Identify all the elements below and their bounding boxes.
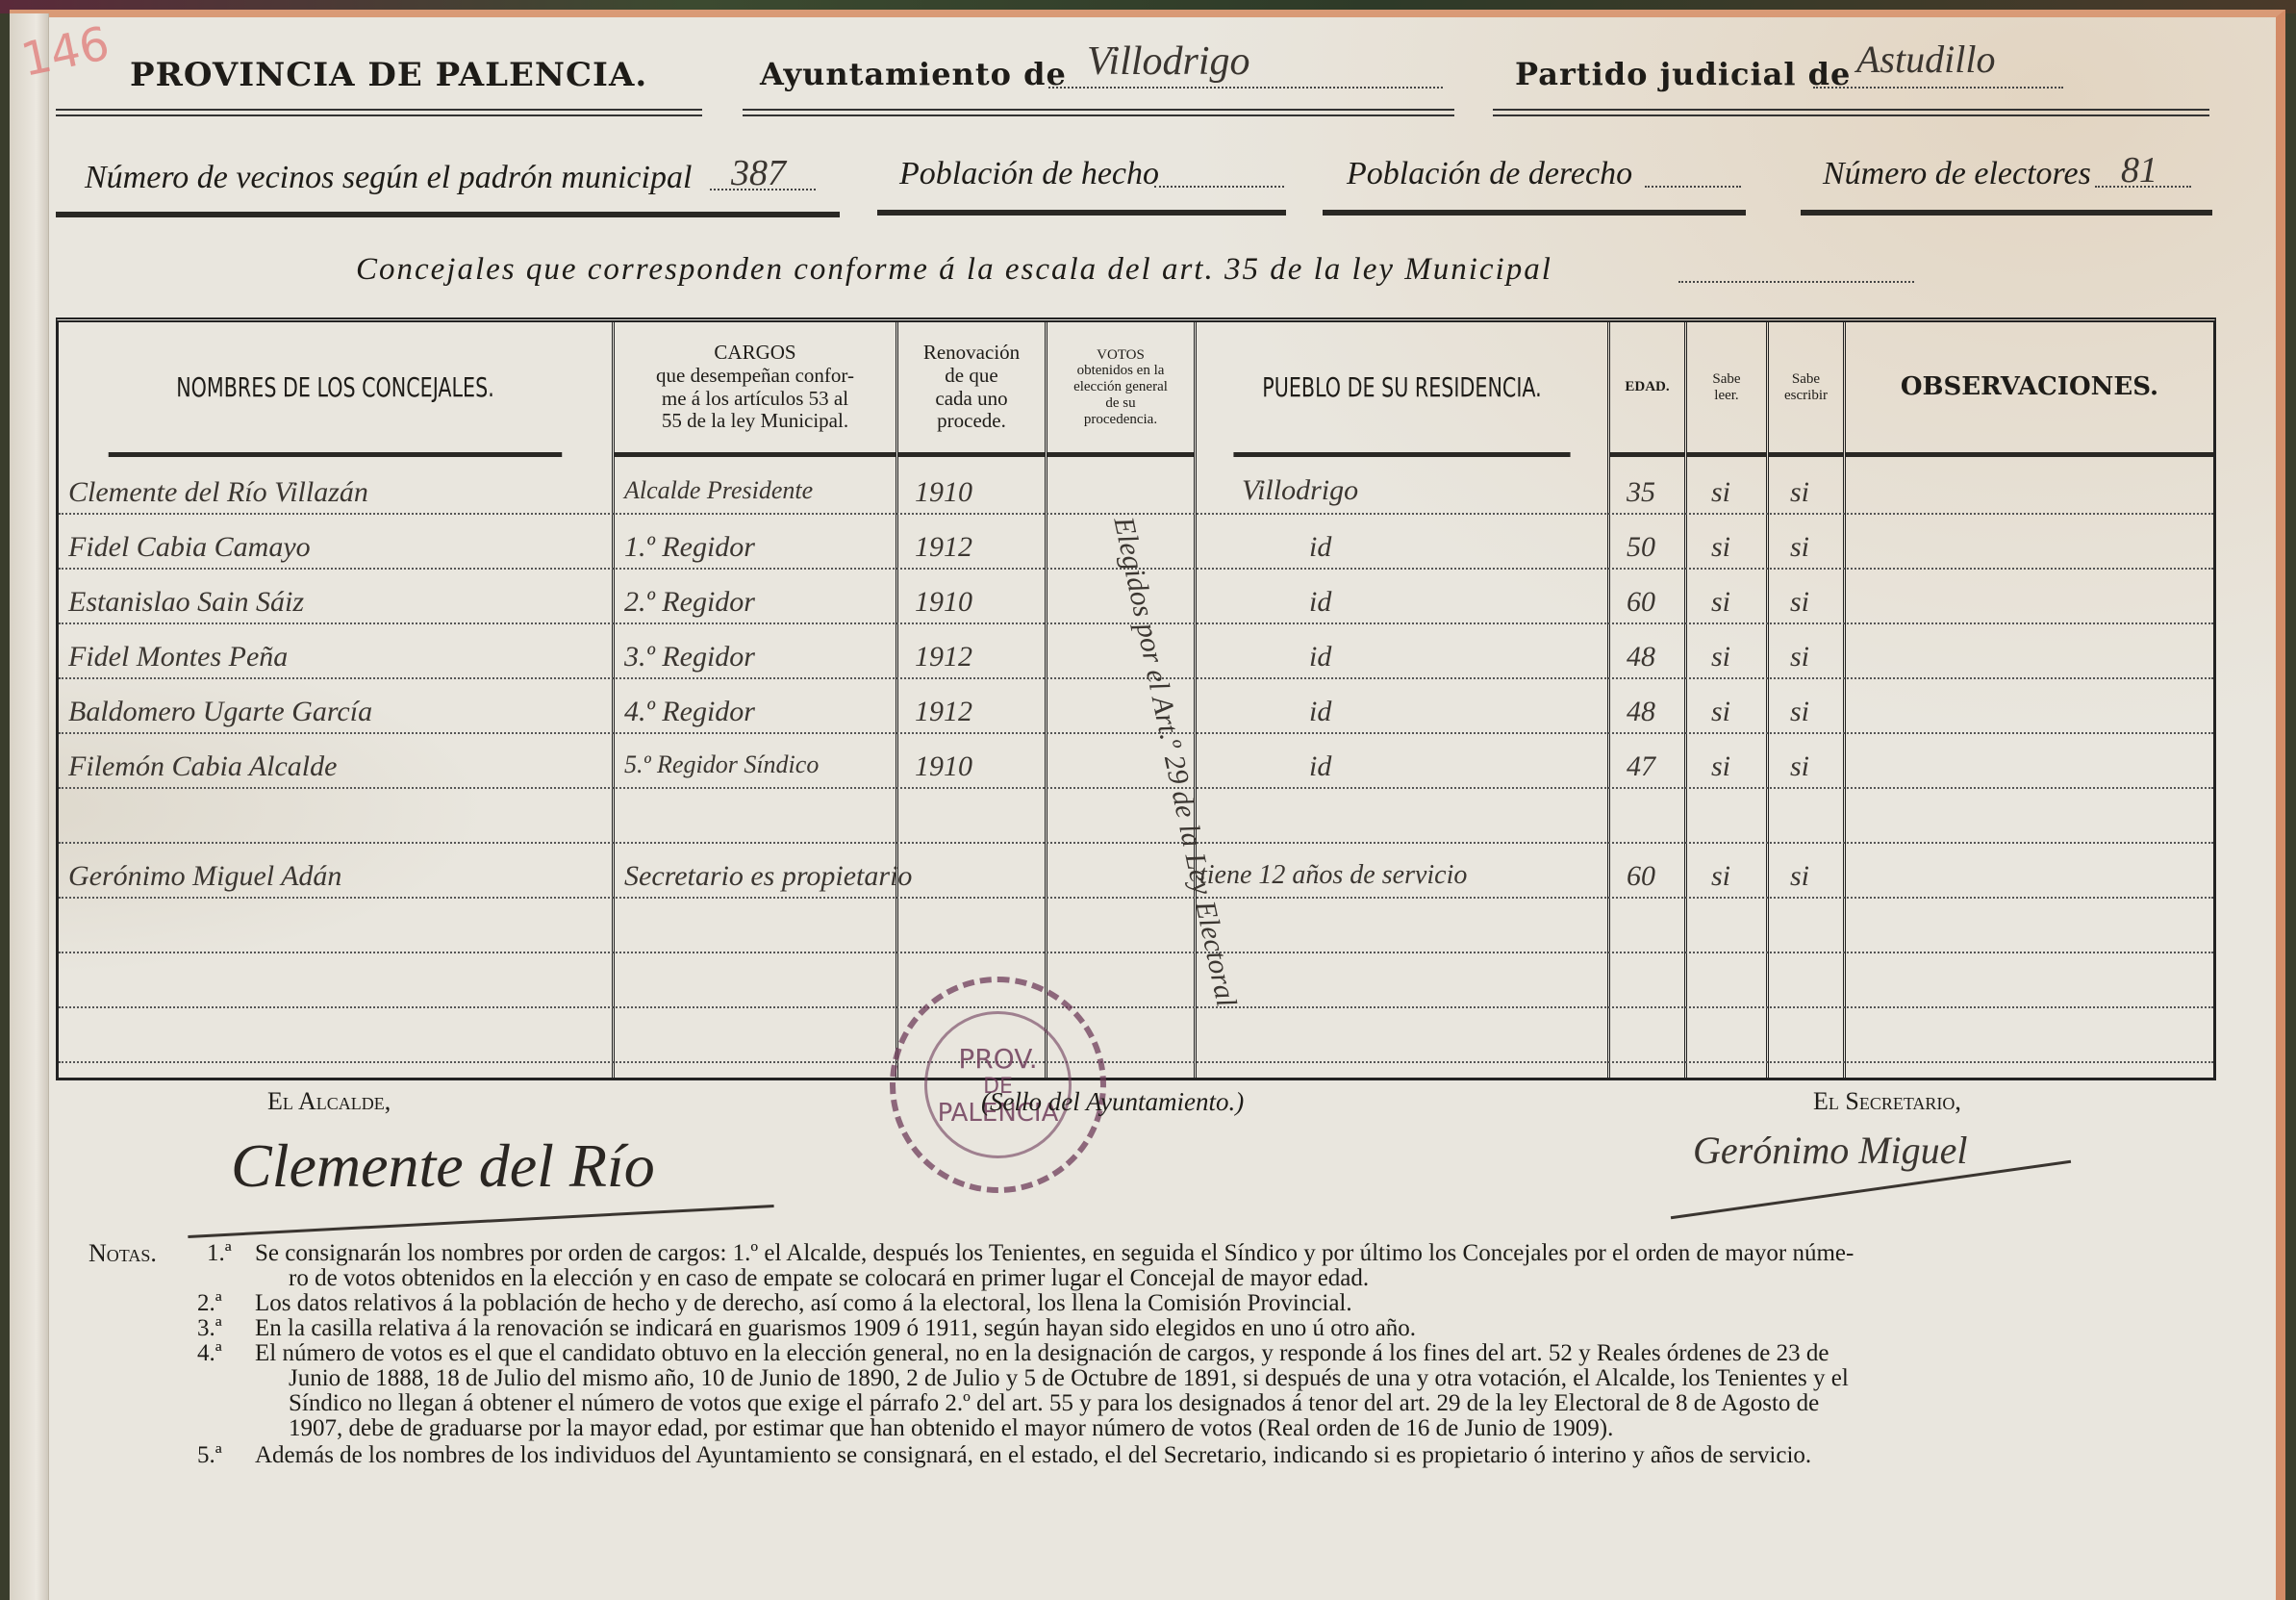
header-rule [56,109,702,116]
poblacion-derecho-label: Población de derecho [1347,156,1632,192]
cell-renovacion: 1910 [915,586,972,619]
cell-renovacion: 1912 [915,696,972,728]
row-line [59,677,2213,679]
header-renovacion: Renovación de que cada uno procede. [898,322,1045,457]
row-line [59,897,2213,899]
cell-cargo: 2.º Regidor [624,586,755,619]
secretario-label: El Secretario, [1813,1087,1961,1116]
note-text: El número de votos es el que el candidat… [255,1341,2227,1366]
cell-pueblo: Villodrigo [1242,474,1358,507]
cell-renovacion: 1912 [915,531,972,564]
note-text-cont: Síndico no llegan á obtener el número de… [289,1391,2227,1416]
partido-label: Partido judicial de [1515,56,1851,92]
page-binding [10,13,49,1600]
poblacion-hecho-field [1154,186,1284,188]
cell-edad: 48 [1627,641,1655,673]
header-pueblo: PUEBLO DE SU RESIDENCIA. [1233,322,1570,457]
note-text: Se consignarán los nombres por orden de … [255,1241,2227,1266]
ayuntamiento-dots [1048,87,1443,89]
cell-pueblo: tiene 12 años de servicio [1199,860,1467,891]
cell-nombre: Fidel Cabia Camayo [68,531,311,564]
cell-renovacion: 1910 [915,750,972,783]
stamp-line-1: PROV. [958,1043,1037,1075]
cell-escribir: si [1790,531,1809,564]
header-rule [743,109,1454,116]
cell-nombre: Clemente del Río Villazán [68,476,368,509]
header-observaciones: OBSERVACIONES. [1846,322,2213,457]
cell-escribir: si [1790,696,1809,728]
votos-vertical-note: Elegidos por el Art.º 29 de la Ley Elect… [1098,476,1250,1048]
sello-label: (Sello del Ayuntamiento.) [981,1087,1244,1117]
stats-rule [877,210,1286,216]
row-line [59,842,2213,844]
cell-escribir: si [1790,750,1809,783]
cell-escribir: si [1790,641,1809,673]
cell-pueblo: id [1309,750,1331,783]
concejales-line: Concejales que corresponden conforme á l… [356,252,1552,288]
cell-edad: 60 [1627,860,1655,893]
poblacion-hecho-label: Población de hecho [899,156,1159,192]
cell-leer: si [1711,750,1730,783]
column-divider [1194,322,1197,1078]
header-nombres: NOMBRES DE LOS CONCEJALES. [109,322,563,457]
cell-escribir: si [1790,476,1809,509]
partido-value: Astudillo [1856,37,1995,82]
cell-nombre: Fidel Montes Peña [68,641,288,673]
note-number: 3.ª [197,1316,222,1341]
header-sabe-escribir: Sabe escribir [1769,322,1843,457]
stats-rule [56,212,840,217]
note-text-cont: ro de votos obtenidos en la elección y e… [289,1266,2222,1291]
row-line [59,952,2213,953]
cell-pueblo: id [1309,696,1331,728]
cell-nombre: Baldomero Ugarte García [68,696,372,728]
ayuntamiento-seal-stamp: PROV. DE PALENCIA [890,977,1106,1193]
cell-pueblo: id [1309,641,1331,673]
cell-leer: si [1711,696,1730,728]
header-sabe-leer: Sabe leer. [1687,322,1766,457]
note-text: Los datos relativos á la población de he… [255,1291,2227,1316]
note-text-cont: 1907, debe de graduarse por la mayor eda… [289,1416,2227,1441]
cell-escribir: si [1790,860,1809,893]
note-number: 1.ª [207,1241,232,1266]
note-number: 4.ª [197,1341,222,1366]
cell-pueblo: id [1309,586,1331,619]
partido-dots [1813,87,2063,89]
stats-rule [1801,210,2212,216]
cell-edad: 48 [1627,696,1655,728]
note-number: 2.ª [197,1291,222,1316]
cell-escribir: si [1790,586,1809,619]
cell-edad: 47 [1627,750,1655,783]
cell-nombre: Gerónimo Miguel Adán [68,860,341,893]
header-votos: VOTOS obtenidos en la elección general d… [1047,322,1194,457]
cell-edad: 60 [1627,586,1655,619]
cell-cargo: Alcalde Presidente [624,476,813,505]
cell-leer: si [1711,860,1730,893]
ayuntamiento-label: Ayuntamiento de [760,56,1067,92]
cell-cargo: 5.º Regidor Síndico [624,750,819,779]
cell-nombre: Estanislao Sain Sáiz [68,586,304,619]
cell-cargo: 4.º Regidor [624,696,755,728]
row-line [59,787,2213,789]
header-rule [1493,109,2209,116]
vecinos-label: Número de vecinos según el padrón munici… [85,160,692,196]
stamp-center: PROV. DE PALENCIA [924,1011,1072,1158]
secretario-signature: Gerónimo Miguel [1693,1128,1968,1173]
note-text-cont: Junio de 1888, 18 de Julio del mismo año… [289,1366,2227,1391]
header-edad: EDAD. [1610,322,1684,457]
alcalde-signature: Clemente del Río [231,1130,655,1202]
notes-heading: Notas. [88,1241,157,1266]
cell-edad: 35 [1627,476,1655,509]
concejales-dots [1678,281,1914,283]
cell-pueblo: id [1309,531,1331,564]
cell-leer: si [1711,531,1730,564]
vecinos-value: 387 [731,152,786,194]
cell-renovacion: 1910 [915,476,972,509]
alcalde-label: El Alcalde, [267,1087,391,1116]
cell-renovacion: 1912 [915,641,972,673]
poblacion-derecho-field [1645,186,1741,188]
row-line [59,1006,2213,1008]
ayuntamiento-value: Villodrigo [1087,38,1250,85]
electores-label: Número de electores [1823,156,2091,192]
cell-leer: si [1711,586,1730,619]
row-line [59,1061,2213,1063]
note-text: Además de los nombres de los individuos … [255,1443,2227,1468]
provincia-title: PROVINCIA DE PALENCIA. [130,56,647,94]
header-cargos: CARGOS que desempeñan confor- me á los a… [615,322,896,457]
row-line [59,732,2213,734]
cell-leer: si [1711,476,1730,509]
cell-cargo: 1.º Regidor [624,531,755,564]
note-text: En la casilla relativa á la renovación s… [255,1316,2227,1341]
electores-value: 81 [2121,149,2157,191]
cell-edad: 50 [1627,531,1655,564]
cell-cargo: Secretario es propietario [624,860,912,893]
cell-cargo: 3.º Regidor [624,641,755,673]
cell-leer: si [1711,641,1730,673]
cell-nombre: Filemón Cabia Alcalde [68,750,337,783]
stats-rule [1323,210,1746,216]
note-number: 5.ª [197,1443,222,1468]
concejales-table: NOMBRES DE LOS CONCEJALES. CARGOS que de… [56,317,2216,1080]
